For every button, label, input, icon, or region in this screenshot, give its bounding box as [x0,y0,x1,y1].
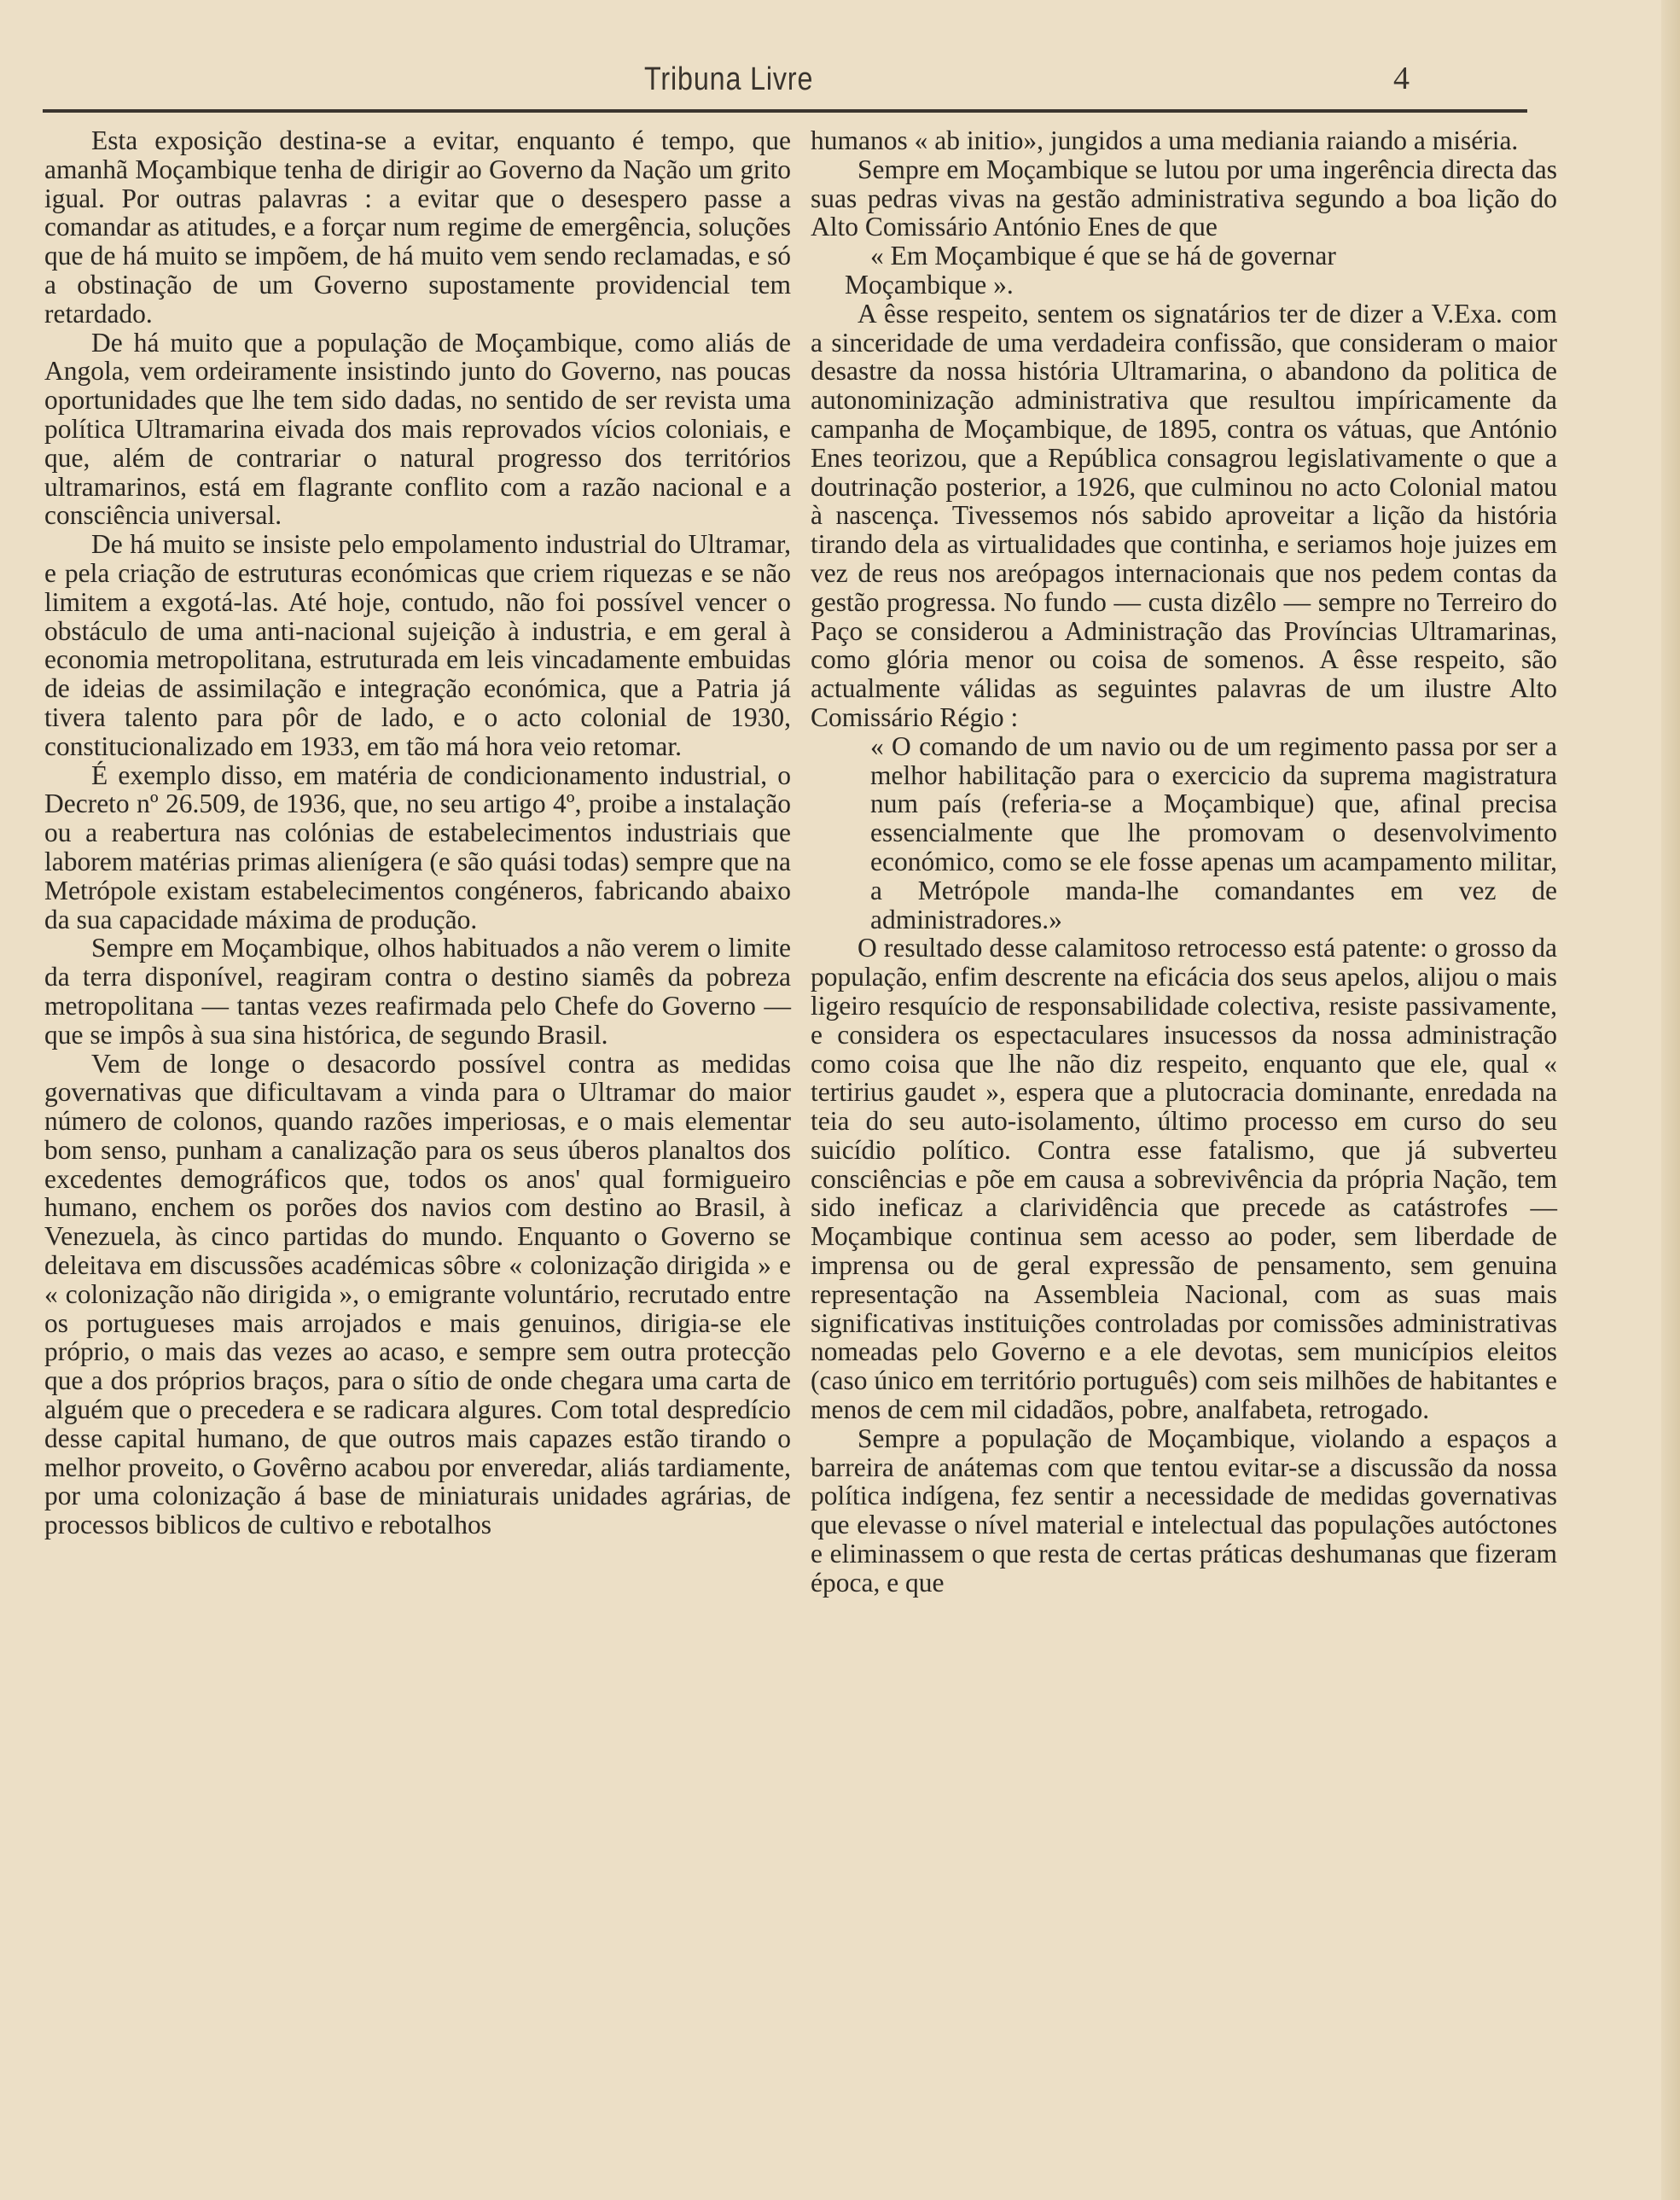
paragraph: De há muito se insiste pelo empolamento … [44,530,791,760]
paragraph: De há muito que a população de Moçambiqu… [44,329,791,531]
quote-tail: Moçambique ». [811,271,1557,300]
paragraph: Sempre a população de Moçambique, violan… [811,1424,1557,1598]
block-quote: « O comando de um navio ou de um regimen… [811,732,1557,934]
page-number: 4 [1393,60,1410,97]
paragraph: A êsse respeito, sentem os signatários t… [811,300,1557,732]
right-column: humanos « ab initio», jungidos a uma med… [811,126,1557,1598]
publication-title: Tribuna Livre [644,61,813,98]
paragraph: Esta exposição destina-se a evitar, enqu… [44,126,791,329]
page-edge [1661,0,1680,2200]
header-rule [43,109,1527,113]
paragraph: O resultado desse calamitoso retrocesso … [811,934,1557,1424]
left-column: Esta exposição destina-se a evitar, enqu… [44,126,791,1539]
page-header: Tribuna Livre 4 [0,53,1680,104]
paragraph: É exemplo disso, em matéria de condicion… [44,761,791,934]
continued-paragraph: humanos « ab initio», jungidos a uma med… [811,126,1557,155]
quote-line: « Em Moçambique é que se há de governar [811,242,1557,271]
paragraph: Sempre em Moçambique, olhos habituados a… [44,934,791,1049]
paragraph: Vem de longe o desacordo possível contra… [44,1050,791,1540]
paragraph: Sempre em Moçambique se lutou por uma in… [811,155,1557,242]
